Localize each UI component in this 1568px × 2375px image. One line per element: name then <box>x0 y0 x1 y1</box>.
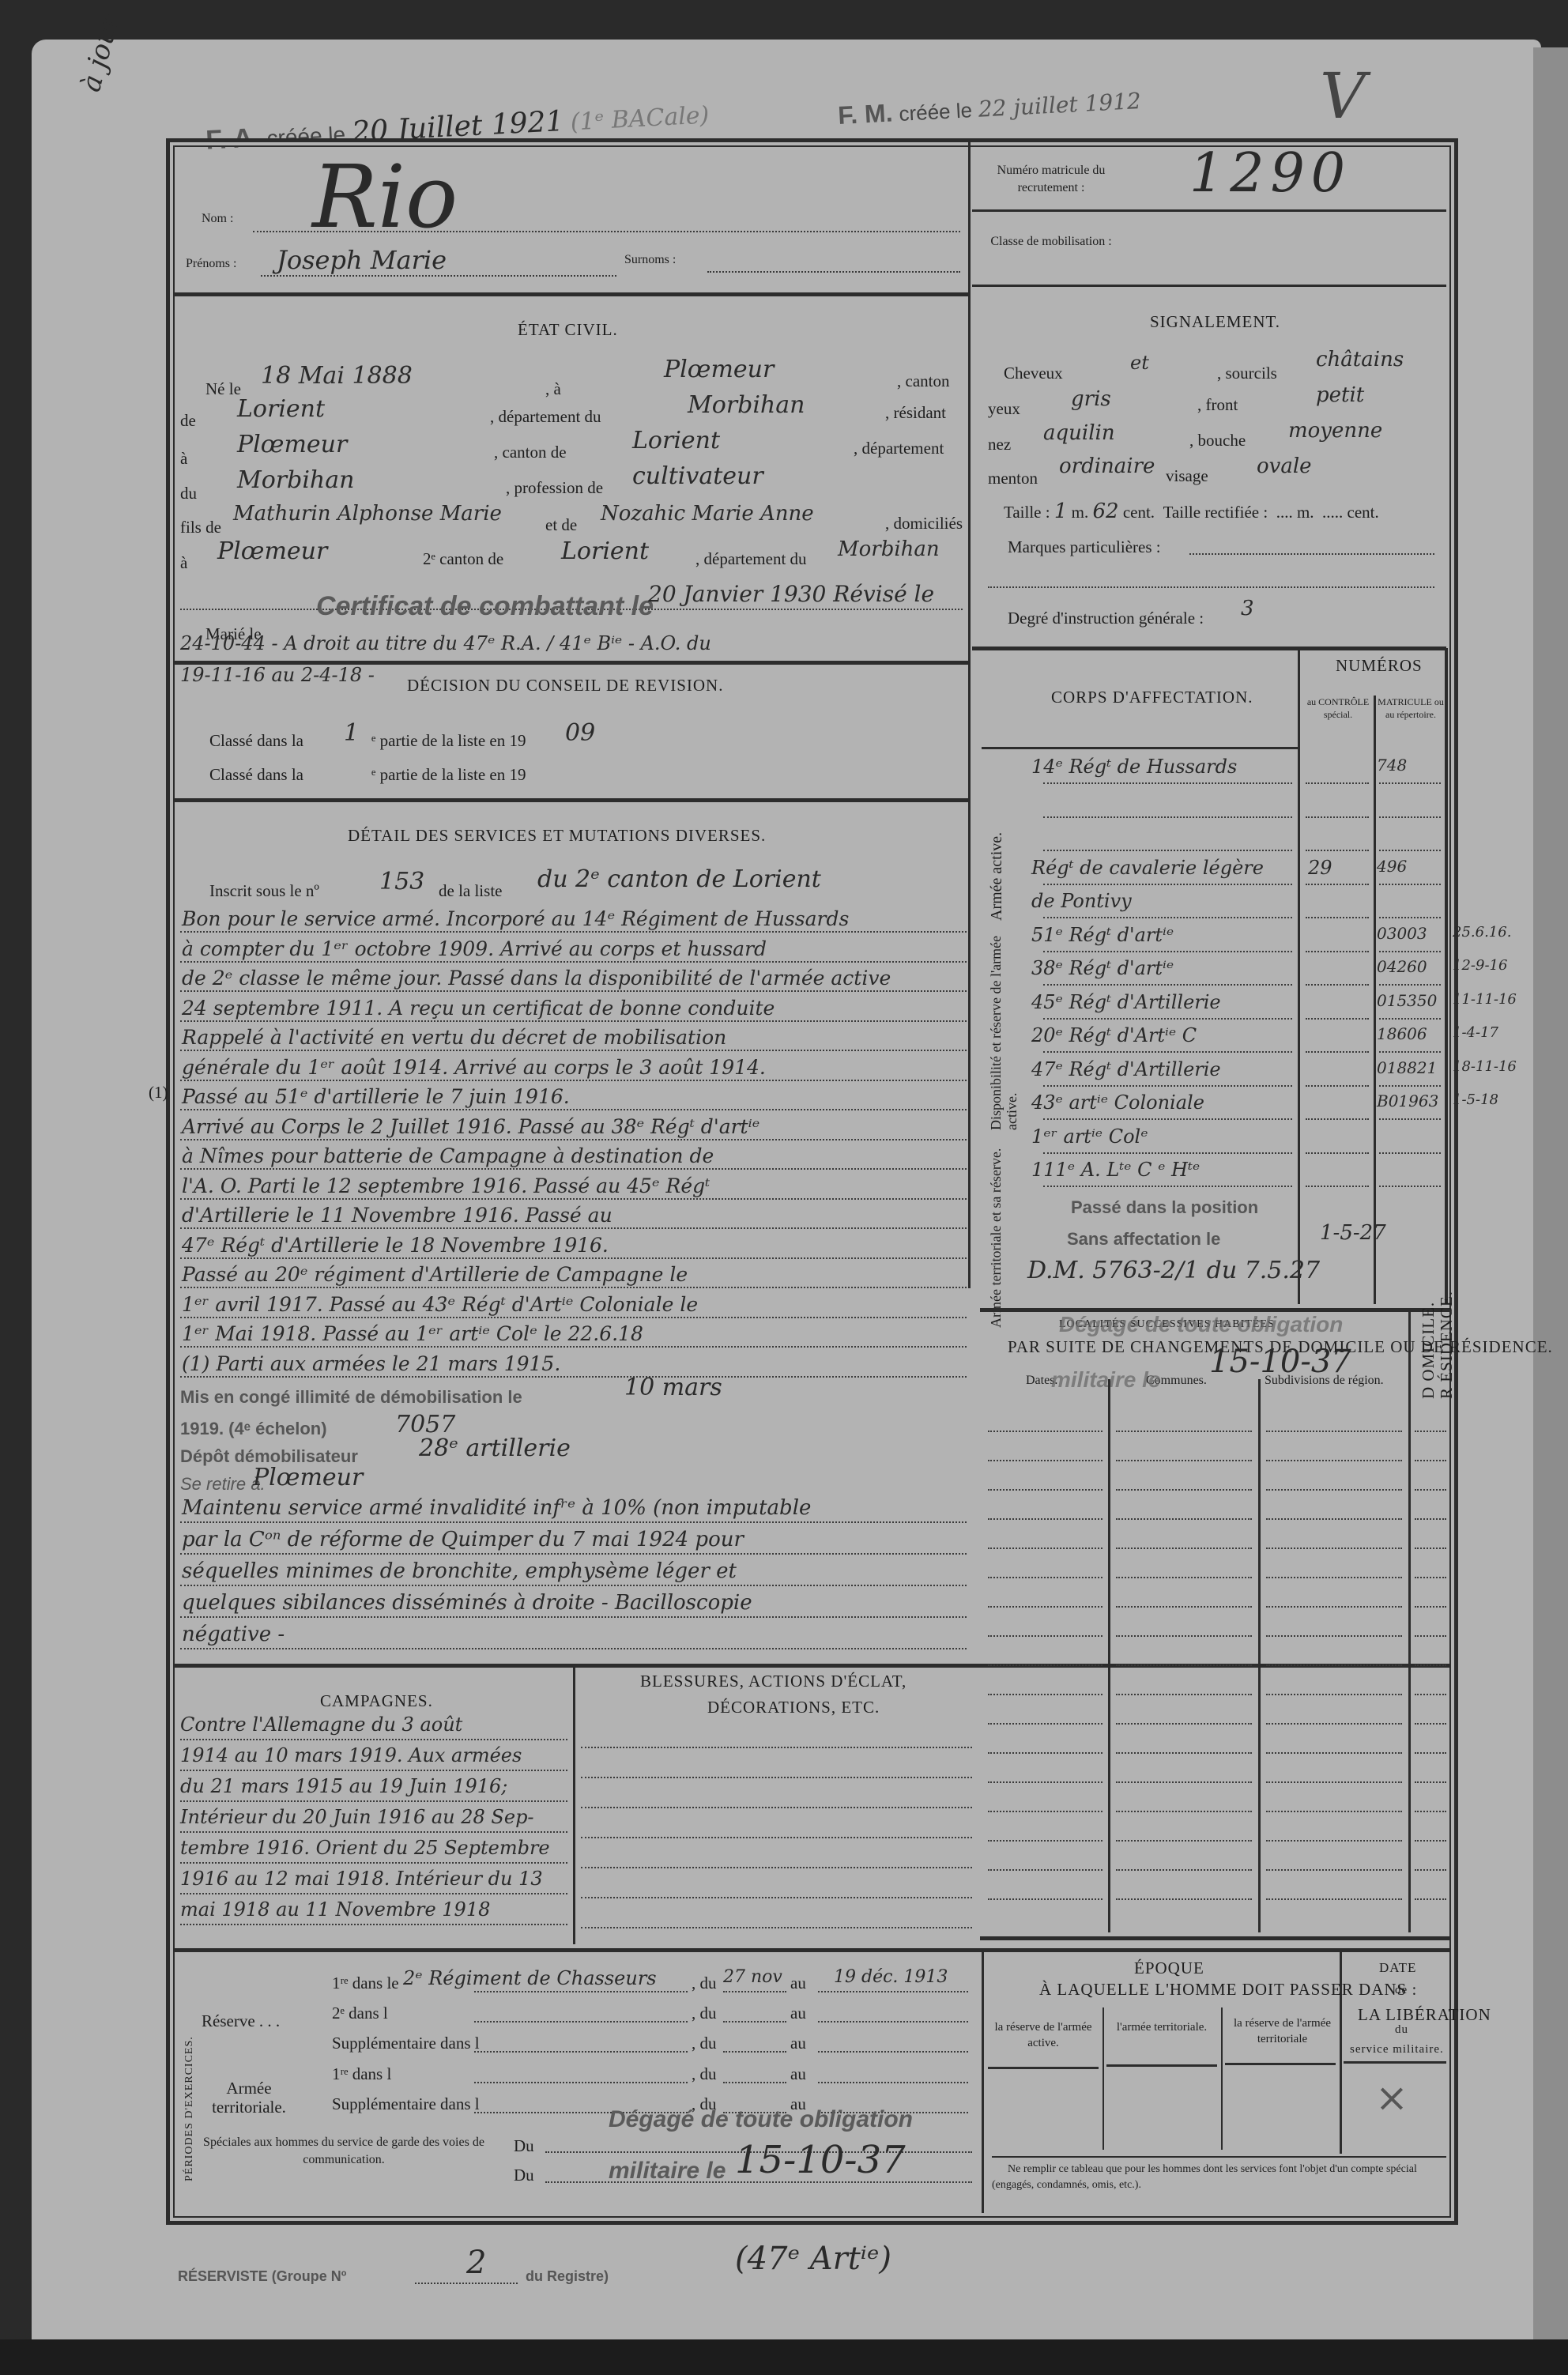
localite-subdivision-line <box>1266 1723 1402 1725</box>
res-dept-label: , département <box>854 439 944 458</box>
ruled-line <box>180 1346 967 1348</box>
nez-value: aquilin <box>1043 421 1115 445</box>
affectation-corps: Régᵗ de cavalerie légère <box>1031 857 1264 879</box>
localite-commune-line <box>1116 1840 1252 1842</box>
liste-value: du 2ᵉ canton de Lorient <box>537 865 821 893</box>
fm-created-label: créée le <box>899 98 973 126</box>
du-label: , du <box>692 2034 717 2053</box>
localite-commune-line <box>1116 1869 1252 1871</box>
inscrit-value: 153 <box>379 868 424 895</box>
divider <box>982 747 1298 749</box>
et-de-label: et de <box>545 515 577 535</box>
classe-label: Classe de mobilisation : <box>980 233 1122 251</box>
speciales-du-1: Du <box>514 2136 534 2156</box>
localite-subdivision-line <box>1266 1431 1402 1432</box>
campagne-line: 1916 au 12 mai 1918. Intérieur du 13 <box>180 1868 543 1890</box>
localite-domicile-line <box>1415 1781 1446 1783</box>
localite-subdivision-line <box>1266 1752 1402 1754</box>
divider <box>174 798 968 802</box>
ruled-line <box>1306 1186 1369 1187</box>
localite-commune-line <box>1116 1781 1252 1783</box>
affectation-corps: 111ᵉ A. Lᵗᵉ C ᵉ Hᵗᵉ <box>1031 1159 1200 1181</box>
classe-row-1-label: Classé dans la <box>209 731 303 751</box>
divider <box>972 285 1446 287</box>
campagnes-divider <box>573 1668 575 1944</box>
main-column-divider <box>968 142 971 1288</box>
birth-date-value: 18 Mai 1888 <box>261 362 413 390</box>
yeux-label: yeux <box>988 399 1020 419</box>
localite-domicile-line <box>1415 1431 1446 1432</box>
affectation-corps: 14ᵉ Régᵗ de Hussards <box>1031 756 1237 778</box>
dom-dept-value: Morbihan <box>838 537 940 561</box>
taille-rect-cent-label: cent. <box>1347 503 1379 522</box>
cheveux-value: et <box>1130 352 1149 374</box>
classe-row-1-year: 09 <box>565 719 595 747</box>
divider <box>1344 2061 1446 2064</box>
res-canton-label: , canton de <box>494 443 567 462</box>
ruled-line <box>180 1168 967 1170</box>
localite-commune-line <box>1116 1694 1252 1695</box>
sourcils-value: châtains <box>1316 348 1404 371</box>
maintenu-line: par la Cᵒⁿ de réforme de Quimper du 7 ma… <box>182 1528 744 1551</box>
blessures-title: BLESSURES, ACTIONS D'ÉCLAT, <box>640 1672 906 1691</box>
side-label-active: Armée active. <box>988 832 1006 921</box>
localite-domicile-line <box>1415 1635 1446 1637</box>
ruled-line <box>180 1616 967 1618</box>
ruled-line <box>180 961 967 963</box>
localite-commune-line <box>1116 1664 1252 1666</box>
marques-line <box>1189 553 1434 555</box>
affectation-date: 11-11-16 <box>1453 991 1517 1008</box>
ruled-line <box>180 1648 967 1649</box>
classe-row-1-partie: 1 <box>344 719 359 747</box>
ruled-line <box>818 2051 968 2053</box>
maintenu-line: Maintenu service armé invalidité infʳᵉ à… <box>182 1496 811 1520</box>
localite-subdivision-line <box>1266 1548 1402 1549</box>
stamp-passe: Passé dans la position <box>1071 1197 1258 1218</box>
service-line: générale du 1ᵉʳ août 1914. Arrivé au cor… <box>182 1056 766 1079</box>
taille-rect-label: Taille rectifiée : <box>1163 503 1268 522</box>
epoque-col-divider <box>1102 2007 1104 2150</box>
localite-commune-line <box>1116 1752 1252 1754</box>
localite-commune-line <box>1116 1811 1252 1812</box>
surnoms-label: Surnoms : <box>624 253 676 267</box>
localite-date-line <box>988 1869 1102 1871</box>
ruled-line <box>180 1770 567 1771</box>
affectation-row <box>1020 818 1446 851</box>
service-line: Passé au 20ᵉ régiment d'Artillerie de Ca… <box>182 1263 688 1286</box>
front-value: petit <box>1316 383 1364 407</box>
epoque-col-2: l'armée territoriale. <box>1106 2015 1217 2039</box>
date-mark: × <box>1375 2075 1408 2121</box>
fm-label: F. M. <box>837 98 893 130</box>
localite-commune-line <box>1116 1518 1252 1520</box>
dom-value: Plœmeur <box>217 537 327 565</box>
localite-date-line <box>988 1664 1102 1666</box>
ruled-line <box>180 1020 967 1022</box>
localite-commune-line <box>1116 1898 1252 1900</box>
service-line: Rappelé à l'activité en vertu du décret … <box>182 1026 726 1049</box>
campagnes-title: CAMPAGNES. <box>320 1691 433 1711</box>
exercice-row-label: 2ᵉ dans l <box>332 2004 388 2023</box>
service-line: Passé au 51ᵉ d'artillerie le 7 juin 1916… <box>182 1085 570 1108</box>
classe-row-1-liste-label: ᵉ partie de la liste en 19 <box>371 731 526 751</box>
departement-value: Morbihan <box>688 391 805 419</box>
epoque-title: ÉPOQUE <box>1134 1958 1204 1978</box>
marques-label: Marques particulières : <box>1008 537 1161 557</box>
service-line: à Nîmes pour batterie de Campagne à dest… <box>182 1144 714 1167</box>
menton-label: menton <box>988 469 1038 488</box>
divider <box>1106 2064 1217 2067</box>
bouche-value: moyenne <box>1288 419 1382 443</box>
localite-subdivision-line <box>1266 1664 1402 1666</box>
ruled-line <box>180 1831 567 1833</box>
service-line: l'A. O. Parti le 12 septembre 1916. Pass… <box>182 1174 710 1197</box>
ruled-line <box>180 1553 967 1555</box>
affectation-matricule: 18606 <box>1377 1024 1427 1043</box>
signalement-title: SIGNALEMENT. <box>1150 312 1280 332</box>
exercices-stamp-date: 15-10-37 <box>735 2138 906 2182</box>
localite-commune-line <box>1116 1460 1252 1461</box>
campagne-line: du 21 mars 1915 au 19 Juin 1916; <box>180 1775 507 1797</box>
res-canton-value: Lorient <box>632 427 720 454</box>
taille-cent-label: cent. <box>1123 503 1155 522</box>
au-label: au <box>790 2034 806 2053</box>
localite-date-line <box>988 1489 1102 1491</box>
affectation-date: 18-11-16 <box>1453 1058 1517 1075</box>
localite-commune-line <box>1116 1723 1252 1725</box>
blessures-subtitle: DÉCORATIONS, ETC. <box>707 1698 880 1717</box>
maintenu-line: quelques sibilances disséminés à droite … <box>182 1591 752 1615</box>
matricule-header: MATRICULE ou au répertoire. <box>1377 696 1445 721</box>
localites-stamp-militaire: militaire le <box>1051 1367 1161 1393</box>
ruled-line <box>723 2051 786 2053</box>
exercices-stamp-militaire: militaire le <box>609 2158 726 2185</box>
localite-subdivision-line <box>1266 1518 1402 1520</box>
localite-commune-line <box>1116 1431 1252 1432</box>
campagne-line: 1914 au 10 mars 1919. Aux armées <box>180 1744 522 1766</box>
ruled-line <box>180 1924 567 1925</box>
classe-row-2-label: Classé dans la <box>209 765 303 785</box>
localite-domicile-line <box>1415 1577 1446 1578</box>
ruled-line <box>180 1521 967 1523</box>
localite-domicile-line <box>1415 1811 1446 1812</box>
ruled-line <box>180 1376 967 1378</box>
ruled-line <box>818 2082 968 2083</box>
date-title: DATE <box>1379 1960 1416 1976</box>
prenoms-line <box>261 275 616 277</box>
affectation-corps: 1ᵉʳ artⁱᵉ Colᵉ <box>1031 1125 1148 1148</box>
exercice-row-label: 1ʳᵉ dans l <box>332 2064 391 2084</box>
inscrit-label: Inscrit sous le nº <box>209 881 319 901</box>
localites-stamp-date: 15-10-37 <box>1209 1344 1351 1380</box>
blessures-line <box>581 1897 972 1898</box>
taille-cent-value: 62 <box>1092 500 1118 523</box>
visage-value: ovale <box>1257 454 1312 478</box>
matricule-value: 1290 <box>1189 142 1351 205</box>
ruled-line <box>180 1893 567 1894</box>
service-line: 24 septembre 1911. A reçu un certificat … <box>182 997 775 1020</box>
departement-label: , département du <box>490 407 601 427</box>
localite-subdivision-line <box>1266 1460 1402 1461</box>
localite-commune-line <box>1116 1577 1252 1578</box>
speciales-du-2: Du <box>514 2166 534 2185</box>
dom-canton-label: 2ᵉ canton de <box>423 549 503 569</box>
ruled-line <box>180 1080 967 1081</box>
localite-date-line <box>988 1694 1102 1695</box>
profession-label: , profession de <box>506 478 603 498</box>
col-residence: R ÉSIDENCE. <box>1437 1291 1457 1399</box>
du-label: , du <box>692 1974 717 1993</box>
affectation-controle: 29 <box>1308 857 1332 879</box>
affectation-row <box>1020 785 1446 818</box>
marques-line-2 <box>988 586 1434 588</box>
divider <box>972 209 1446 212</box>
date-de: de <box>1395 1984 1408 1997</box>
date-du: du <box>1395 2023 1408 2037</box>
localite-domicile-line <box>1415 1518 1446 1520</box>
affectation-corps: 45ᵉ Régᵗ d'Artillerie <box>1031 991 1221 1013</box>
exercices-side-label: PÉRIODES D'EXERCICES. <box>183 2036 196 2181</box>
blessures-line <box>581 1867 972 1868</box>
localites-col-divider <box>1258 1379 1261 1932</box>
ruled-line <box>180 1139 967 1140</box>
localite-date-line <box>988 1431 1102 1432</box>
ruled-line <box>1043 1186 1292 1187</box>
footer-note: (47ᵉ Artⁱᵉ) <box>735 2241 891 2277</box>
sourcils-label: , sourcils <box>1217 364 1277 383</box>
prenoms-label: Prénoms : <box>186 257 236 271</box>
service-line: de 2ᵉ classe le même jour. Passé dans la… <box>182 967 891 990</box>
ruled-line <box>180 1287 967 1288</box>
localite-domicile-line <box>1415 1489 1446 1491</box>
affectation-matricule: B01963 <box>1377 1091 1438 1110</box>
epoque-col-divider <box>1221 2007 1223 2150</box>
service-line: 1ᵉʳ avril 1917. Passé au 43ᵉ Régᵗ d'Artⁱ… <box>182 1293 698 1316</box>
localite-domicile-line <box>1415 1752 1446 1754</box>
blessures-line <box>581 1747 972 1748</box>
service-line: d'Artillerie le 11 Novembre 1916. Passé … <box>182 1204 612 1227</box>
conseil-title: DÉCISION DU CONSEIL DE REVISION. <box>407 676 723 696</box>
localite-subdivision-line <box>1266 1489 1402 1491</box>
ruled-line <box>180 931 967 933</box>
territoriale-label: Armée territoriale. <box>209 2079 288 2117</box>
taille-row: Taille : 1 m. 62 cent. Taille rectifiée … <box>1004 500 1379 523</box>
ruled-line <box>723 2021 786 2023</box>
bouche-label: , bouche <box>1189 431 1246 450</box>
exercice-au-value: 19 déc. 1913 <box>834 1967 948 1987</box>
stamp-sans-affectation: Sans affectation le <box>1067 1229 1220 1250</box>
depot-value: 28ᵉ artillerie <box>419 1434 571 1462</box>
retire-value: Plœmeur <box>253 1464 363 1491</box>
a-label: , à <box>545 379 561 399</box>
etat-civil-title: ÉTAT CIVIL. <box>518 320 618 340</box>
conge-value: 10 mars <box>624 1374 722 1401</box>
birthplace-value: Plœmeur <box>664 356 774 383</box>
au-label: au <box>790 1974 806 1993</box>
exercice-row-label: 1ʳᵉ dans le <box>332 1974 399 1993</box>
affectation-corps: de Pontivy <box>1031 890 1132 912</box>
localite-date-line <box>988 1577 1102 1578</box>
maintenu-line: négative - <box>182 1623 285 1646</box>
localite-domicile-line <box>1415 1606 1446 1608</box>
groupe-value: 2 <box>466 2245 486 2281</box>
registre-stamp: du Registre) <box>526 2268 609 2285</box>
epoque-col-3: la réserve de l'armée territoriale <box>1225 2015 1340 2047</box>
localite-domicile-line <box>1415 1723 1446 1725</box>
service-line: Arrivé au Corps le 2 Juillet 1916. Passé… <box>182 1115 759 1138</box>
au-label: au <box>790 2004 806 2023</box>
du-label: , du <box>692 2064 717 2084</box>
ruled-line <box>180 1050 967 1051</box>
affectation-corps: 20ᵉ Régᵗ d'Artⁱᵉ C <box>1031 1024 1197 1046</box>
corps-header: CORPS D'AFFECTATION. <box>1051 688 1253 707</box>
localite-subdivision-line <box>1266 1781 1402 1783</box>
affectation-corps: 43ᵉ artⁱᵉ Coloniale <box>1031 1091 1204 1114</box>
localite-date-line <box>988 1781 1102 1783</box>
affectation-corps: 38ᵉ Régᵗ d'artⁱᵉ <box>1031 957 1174 979</box>
date-service: service militaire. <box>1350 2043 1444 2056</box>
nom-value: Rio <box>312 146 458 247</box>
localite-commune-line <box>1116 1548 1252 1549</box>
divider <box>174 292 968 296</box>
affectation-date: 25.6.16. <box>1453 924 1511 941</box>
fils-de-label: fils de <box>180 518 221 537</box>
groupe-line <box>415 2283 518 2284</box>
controle-header: au CONTRÔLE spécial. <box>1302 696 1374 721</box>
ruled-line <box>180 1198 967 1200</box>
localite-commune-line <box>1116 1606 1252 1608</box>
affectation-matricule: 748 <box>1377 756 1407 775</box>
divider <box>972 647 1446 650</box>
affectation-corps: 51ᵉ Régᵗ d'artⁱᵉ <box>1031 924 1174 946</box>
conge-year: 1919. (4ᵉ échelon) <box>180 1419 327 1439</box>
col-domicile: D OMICILE. <box>1419 1302 1438 1399</box>
res-dept-du-label: du <box>180 484 197 503</box>
localite-commune-line <box>1116 1635 1252 1637</box>
epoque-subtitle: À LAQUELLE L'HOMME DOIT PASSER DANS : <box>1039 1980 1417 2000</box>
surnoms-line <box>707 271 960 273</box>
localite-date-line <box>988 1460 1102 1461</box>
classe-row-2-liste-label: ᵉ partie de la liste en 19 <box>371 765 526 785</box>
canton-label: , canton <box>897 371 949 391</box>
ruled-line <box>180 1800 567 1802</box>
cheveux-label: Cheveux <box>1004 364 1063 383</box>
localites-col-divider <box>1108 1379 1110 1932</box>
side-label-dispo: Disponibilité et réserve de l'armée acti… <box>988 933 1020 1130</box>
localite-date-line <box>988 1635 1102 1637</box>
localite-subdivision-line <box>1266 1840 1402 1842</box>
divider <box>980 1936 1450 1940</box>
localite-domicile-line <box>1415 1460 1446 1461</box>
localite-subdivision-line <box>1266 1869 1402 1871</box>
localite-date-line <box>988 1606 1102 1608</box>
de-label: de <box>180 411 196 431</box>
campagne-line: Contre l'Allemagne du 3 août <box>180 1713 462 1736</box>
degre-label: Degré d'instruction générale : <box>1008 609 1204 628</box>
epoque-col-1: la réserve de l'armée active. <box>988 2019 1099 2051</box>
speciales-label: Spéciales aux hommes du service de garde… <box>202 2134 486 2169</box>
liste-label: de la liste <box>439 881 502 901</box>
nez-label: nez <box>988 435 1011 454</box>
conge-label: Mis en congé illimité de démobilisation … <box>180 1387 522 1408</box>
divider <box>988 2067 1099 2069</box>
services-title: DÉTAIL DES SERVICES ET MUTATIONS DIVERSE… <box>348 826 766 846</box>
localites-col-divider <box>1408 1312 1411 1932</box>
taille-label: Taille : <box>1004 503 1050 522</box>
localite-domicile-line <box>1415 1869 1446 1871</box>
service-line: 1ᵉʳ Mai 1918. Passé au 1ᵉʳ artⁱᵉ Colᵉ le… <box>182 1322 643 1345</box>
taille-m-value: 1 <box>1054 500 1068 523</box>
localite-date-line <box>988 1811 1102 1812</box>
ruled-line <box>723 2082 786 2083</box>
localite-subdivision-line <box>1266 1577 1402 1578</box>
localite-commune-line <box>1116 1489 1252 1491</box>
campagne-line: mai 1918 au 11 Novembre 1918 <box>180 1898 490 1921</box>
ruled-line <box>474 1991 688 1992</box>
nom-label: Nom : <box>202 212 233 226</box>
localite-subdivision-line <box>1266 1694 1402 1695</box>
residence-value: Plœmeur <box>237 431 347 458</box>
affectation-date: 12-9-16 <box>1453 957 1507 974</box>
ruled-line <box>1379 1186 1441 1187</box>
du-label: , du <box>692 2004 717 2023</box>
stamp-sans-date: 1-5-27 <box>1320 1221 1386 1245</box>
localite-domicile-line <box>1415 1664 1446 1666</box>
affectation-corps: 47ᵉ Régᵗ d'Artillerie <box>1031 1058 1221 1080</box>
dm-note: D.M. 5763-2/1 du 7.5.27 <box>1027 1257 1320 1284</box>
ne-le-label: Né le <box>205 379 241 399</box>
ruled-line <box>474 2021 688 2023</box>
menton-value: ordinaire <box>1059 454 1155 478</box>
front-label: , front <box>1197 395 1238 415</box>
exercices-stamp-degage: Dégagé de toute obligation <box>609 2106 913 2133</box>
ruled-line <box>180 1739 567 1740</box>
affectation-date: 1-4-17 <box>1453 1024 1498 1041</box>
localite-domicile-line <box>1415 1548 1446 1549</box>
dom-canton-value: Lorient <box>561 537 649 565</box>
localite-date-line <box>988 1518 1102 1520</box>
ruled-line <box>180 1109 967 1110</box>
ruled-line <box>180 1862 567 1864</box>
degre-value: 3 <box>1241 597 1254 620</box>
affectation-matricule: 04260 <box>1377 957 1427 976</box>
ruled-line <box>180 1257 967 1259</box>
maintenu-line: séquelles minimes de bronchite, emphysèm… <box>182 1559 737 1583</box>
localite-domicile-line <box>1415 1898 1446 1900</box>
reserviste-stamp: RÉSERVISTE (Groupe Nº <box>178 2268 346 2285</box>
localite-subdivision-line <box>1266 1635 1402 1637</box>
side-label-territoriale: Armée territoriale et sa réserve. <box>988 1130 1004 1328</box>
canton-value: Lorient <box>237 395 325 423</box>
localite-subdivision-line <box>1266 1898 1402 1900</box>
exercice-row-value: 2ᵉ Régiment de Chasseurs <box>403 1967 657 1989</box>
ruled-line <box>818 2021 968 2023</box>
localite-domicile-line <box>1415 1694 1446 1695</box>
localite-domicile-line <box>1415 1840 1446 1842</box>
service-line: à compter du 1ᵉʳ octobre 1909. Arrivé au… <box>182 937 767 960</box>
certificat-date: 20 Janvier 1930 Révisé le <box>648 581 934 607</box>
mother-value: Nozahic Marie Anne <box>601 502 814 526</box>
scan-background <box>0 2339 1568 2375</box>
exercice-du-value: 27 nov <box>723 1967 782 1987</box>
affectation-matricule: 03003 <box>1377 924 1427 943</box>
ruled-line <box>474 2082 688 2083</box>
visage-label: visage <box>1166 466 1208 486</box>
campagne-line: tembre 1916. Orient du 25 Septembre <box>180 1837 550 1859</box>
domicilies-label: , domiciliés <box>885 514 963 533</box>
footnote-marker: (1) <box>149 1083 168 1103</box>
